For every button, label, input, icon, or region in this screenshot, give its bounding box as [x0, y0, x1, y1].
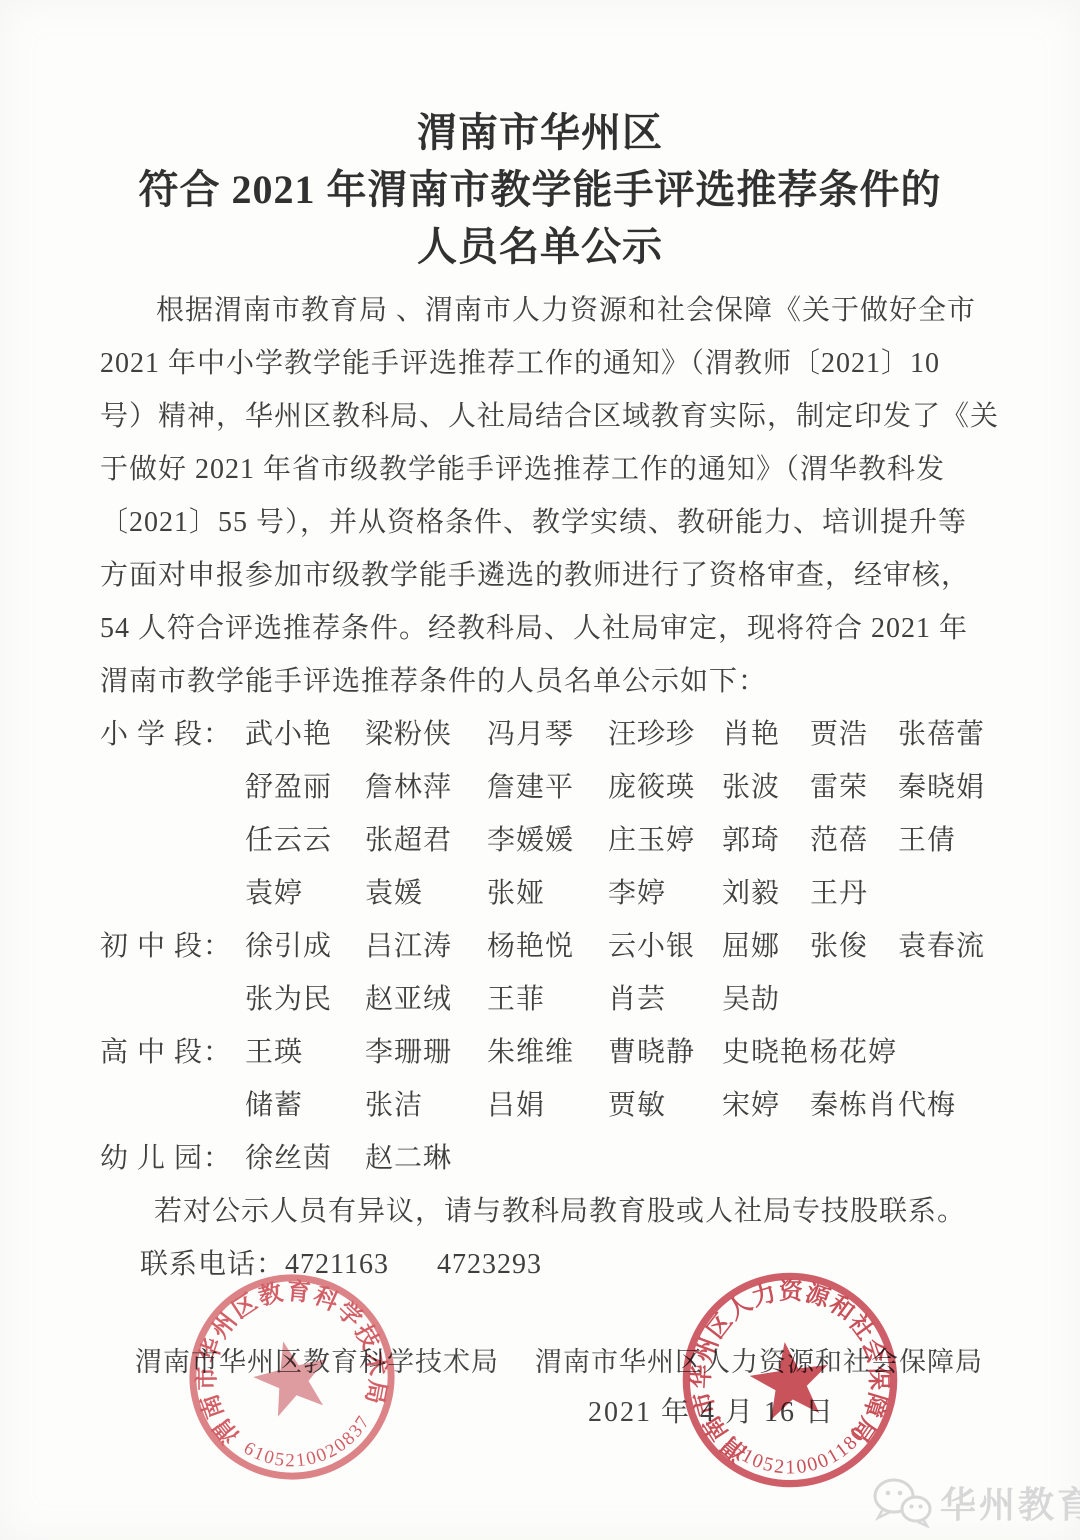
person-name: 庄玉婷 — [608, 814, 722, 867]
document-page: 渭南市华州区 符合 2021 年渭南市教学能手评选推荐条件的 人员名单公示 根据… — [0, 0, 1080, 1540]
person-name: 徐引成 — [245, 920, 365, 973]
person-name: 储蓄 — [245, 1079, 365, 1132]
person-name: 吴劼 — [722, 973, 810, 1026]
title-line-1: 渭南市华州区 — [0, 104, 1080, 161]
person-name: 云小银 — [608, 920, 722, 973]
section-middle-row: 初 中 段： 徐引成吕江涛杨艳悦云小银屈娜张俊袁春流 — [100, 920, 992, 973]
person-name: 张超君 — [365, 814, 487, 867]
seal-star-icon — [247, 1332, 337, 1420]
contact-phone-2: 4723293 — [437, 1249, 542, 1280]
title-line-3: 人员名单公示 — [0, 218, 1080, 275]
section-high-row: 储蓄张洁吕娟贾敏宋婷秦栋肖代梅 — [100, 1079, 992, 1132]
paragraph-line: 方面对申报参加市级教学能手遴选的教师进行了资格审查，经审核， — [100, 549, 992, 602]
section-label-middle: 初 中 段： — [100, 920, 245, 973]
wechat-icon — [870, 1476, 932, 1528]
person-name: 吕娟 — [487, 1079, 608, 1132]
objection-notice: 若对公示人员有异议，请与教科局教育股或人社局专技股联系。 — [100, 1185, 992, 1238]
person-name: 汪珍珍 — [608, 708, 722, 761]
person-name: 梁粉侠 — [365, 708, 487, 761]
paragraph-line: 渭南市教学能手评选推荐条件的人员名单公示如下： — [100, 655, 992, 708]
person-name: 赵亚绒 — [365, 973, 487, 1026]
person-name: 徐丝茵 — [245, 1132, 365, 1185]
seal-star-icon — [746, 1337, 834, 1422]
person-name: 张为民 — [245, 973, 365, 1026]
person-name: 詹建平 — [487, 761, 608, 814]
section-label-spacer — [100, 1079, 245, 1132]
person-name: 吕江涛 — [365, 920, 487, 973]
section-label-primary: 小 学 段： — [100, 708, 245, 761]
person-name: 代梅 — [898, 1079, 992, 1132]
person-name: 肖艳 — [722, 708, 810, 761]
person-name: 赵二琳 — [365, 1132, 487, 1185]
section-label-spacer — [100, 973, 245, 1026]
person-name: 李珊珊 — [365, 1026, 487, 1079]
section-label-kindergarten: 幼 儿 园： — [100, 1132, 245, 1185]
person-name: 张波 — [722, 761, 810, 814]
section-middle-row: 张为民赵亚绒王菲肖芸吴劼 — [100, 973, 992, 1026]
section-label-spacer — [100, 761, 245, 814]
person-name: 张蓓蕾 — [898, 708, 992, 761]
paragraph-line: 号）精神，华州区教科局、人社局结合区域教育实际，制定印发了《关 — [100, 390, 992, 443]
person-name: 王菲 — [487, 973, 608, 1026]
section-primary-row: 舒盈丽詹林萍詹建平庞筱瑛张波雷荣秦晓娟 — [100, 761, 992, 814]
person-name: 刘毅 — [722, 867, 810, 920]
person-name: 王倩 — [898, 814, 992, 867]
watermark-label: 华州教育 — [940, 1477, 1080, 1528]
person-name: 雷荣 — [810, 761, 898, 814]
person-name: 王丹 — [810, 867, 898, 920]
person-name: 杨艳悦 — [487, 920, 608, 973]
person-name: 屈娜 — [722, 920, 810, 973]
person-name: 贾浩 — [810, 708, 898, 761]
person-name: 袁春流 — [898, 920, 992, 973]
person-name: 詹林萍 — [365, 761, 487, 814]
section-primary-row: 任云云张超君李媛媛庄玉婷郭琦范蓓王倩 — [100, 814, 992, 867]
section-primary-row: 袁婷袁媛张娅李婷刘毅王丹 — [100, 867, 992, 920]
person-name: 李媛媛 — [487, 814, 608, 867]
person-name: 史晓艳 — [722, 1026, 810, 1079]
document-title: 渭南市华州区 符合 2021 年渭南市教学能手评选推荐条件的 人员名单公示 — [0, 104, 1080, 275]
paragraph-line: 〔2021〕55 号），并从资格条件、教学实绩、教研能力、培训提升等 — [100, 496, 992, 549]
person-name: 庞筱瑛 — [608, 761, 722, 814]
person-name: 武小艳 — [245, 708, 365, 761]
section-label-spacer — [100, 867, 245, 920]
paragraph-line: 54 人符合评选推荐条件。经教科局、人社局审定，现将符合 2021 年 — [100, 602, 992, 655]
official-seal-human-resources: 渭南市华州区人力资源和社会保障局 6105210001180 — [661, 1251, 919, 1509]
person-name: 袁婷 — [245, 867, 365, 920]
person-name: 王瑛 — [245, 1026, 365, 1079]
section-primary-row: 小 学 段： 武小艳梁粉侠冯月琴汪珍珍肖艳贾浩张蓓蕾 — [100, 708, 992, 761]
person-name: 宋婷 — [722, 1079, 810, 1132]
section-label-high: 高 中 段： — [100, 1026, 245, 1079]
paragraph-line: 2021 年中小学教学能手评选推荐工作的通知》（渭教师〔2021〕10 — [100, 337, 992, 390]
person-name: 肖芸 — [608, 973, 722, 1026]
person-name: 朱维维 — [487, 1026, 608, 1079]
watermark: 华州教育 — [870, 1476, 1080, 1528]
person-name: 李婷 — [608, 867, 722, 920]
section-kindergarten-row: 幼 儿 园： 徐丝茵赵二琳 — [100, 1132, 992, 1185]
person-name: 张俊 — [810, 920, 898, 973]
person-name: 范蓓 — [810, 814, 898, 867]
title-line-2: 符合 2021 年渭南市教学能手评选推荐条件的 — [0, 161, 1080, 218]
person-name: 杨花婷 — [810, 1026, 898, 1079]
person-name: 张洁 — [365, 1079, 487, 1132]
person-name: 张娅 — [487, 867, 608, 920]
document-body: 根据渭南市教育局 、渭南市人力资源和社会保障《关于做好全市 2021 年中小学教… — [100, 284, 992, 1291]
section-label-spacer — [100, 814, 245, 867]
person-name: 贾敏 — [608, 1079, 722, 1132]
person-name: 冯月琴 — [487, 708, 608, 761]
seal-graphic: 渭南市华州区人力资源和社会保障局 6105210001180 — [661, 1251, 919, 1509]
person-name: 郭琦 — [722, 814, 810, 867]
paragraph-line: 于做好 2021 年省市级教学能手评选推荐工作的通知》（渭华教科发 — [100, 443, 992, 496]
section-high-row: 高 中 段： 王瑛李珊珊朱维维曹晓静史晓艳杨花婷 — [100, 1026, 992, 1079]
person-name: 舒盈丽 — [245, 761, 365, 814]
person-name: 曹晓静 — [608, 1026, 722, 1079]
person-name: 袁媛 — [365, 867, 487, 920]
person-name: 秦栋肖 — [810, 1079, 898, 1132]
paragraph-line: 根据渭南市教育局 、渭南市人力资源和社会保障《关于做好全市 — [100, 284, 992, 337]
person-name: 任云云 — [245, 814, 365, 867]
person-name: 秦晓娟 — [898, 761, 992, 814]
